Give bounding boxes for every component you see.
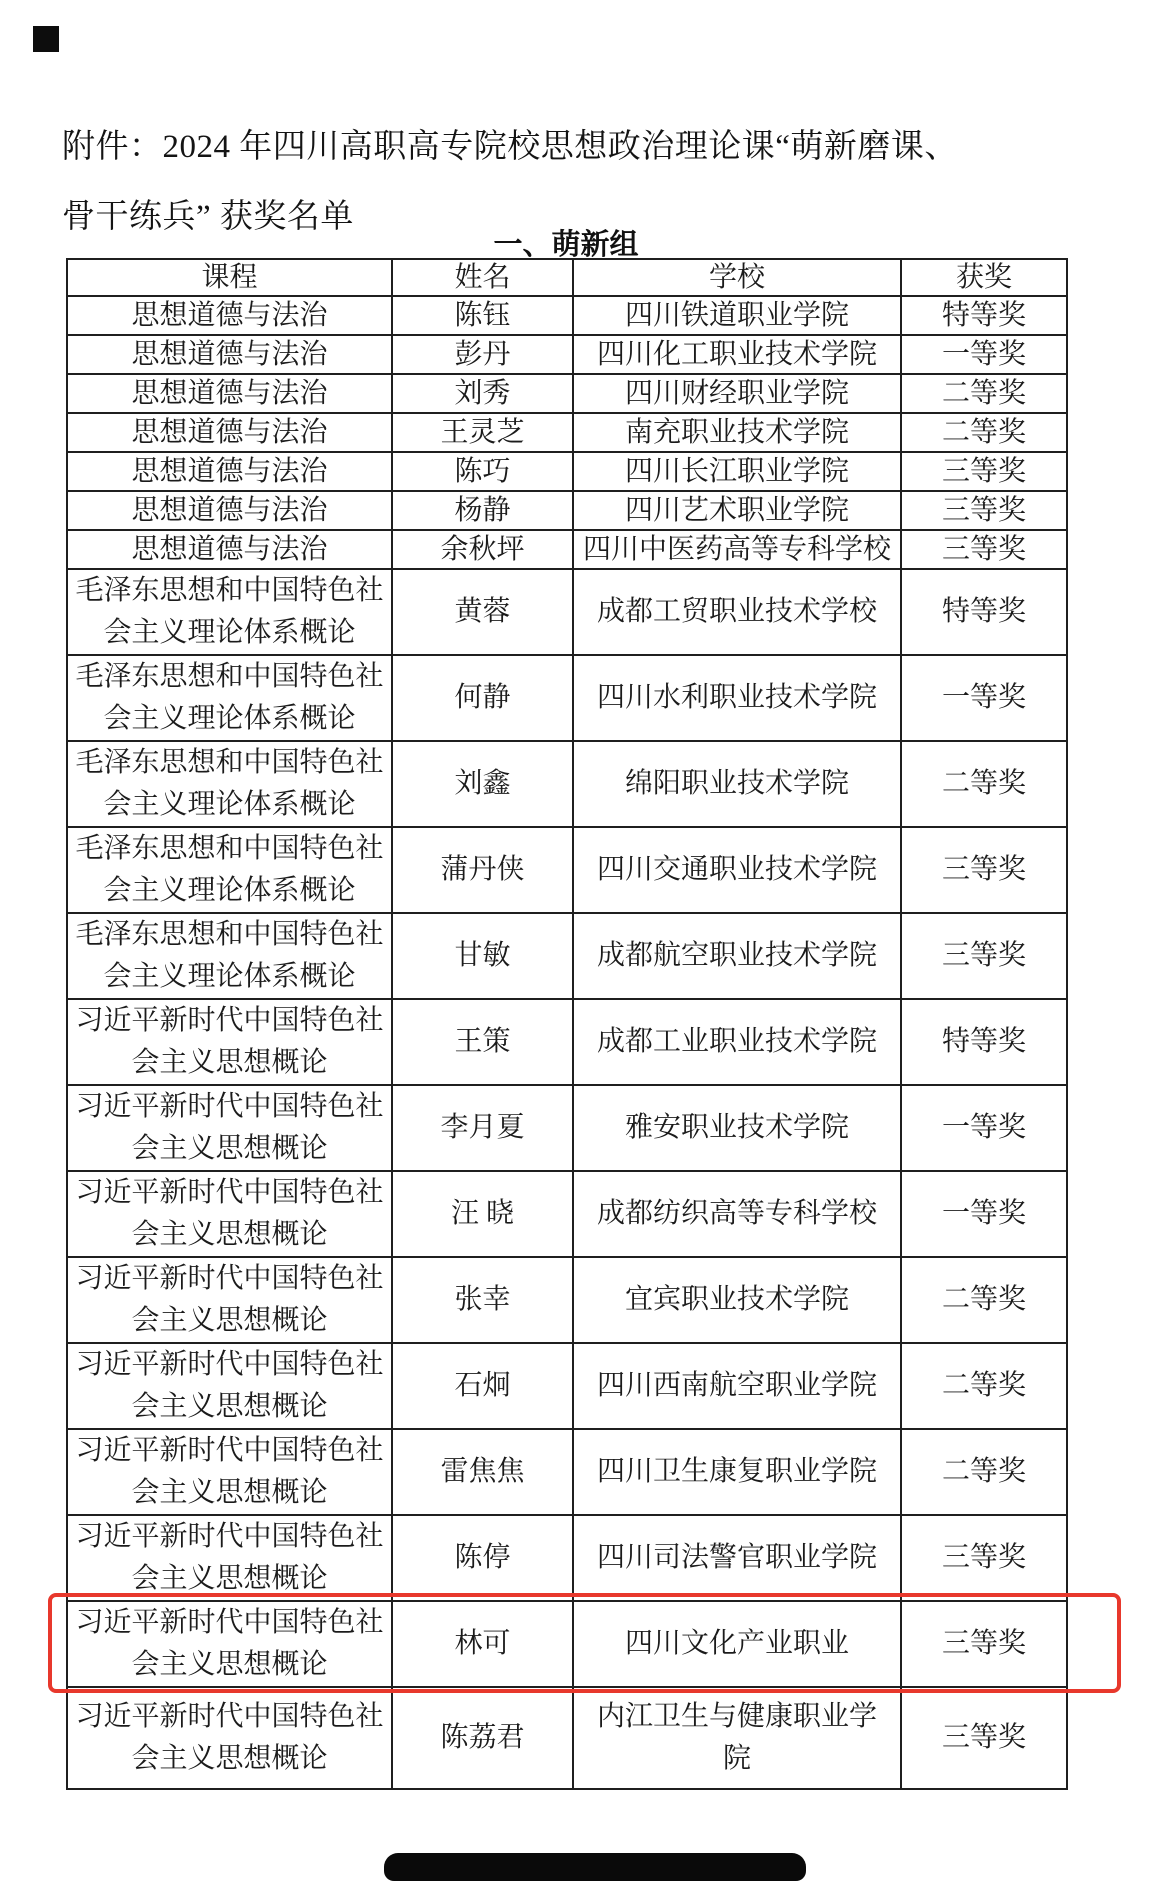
table-row: 思想道德与法治 陈巧 四川长江职业学院 三等奖 [67,452,1067,491]
corner-marker-icon [33,26,59,52]
table-header: 课程 姓名 学校 获奖 [67,259,1067,296]
school-cell: 成都航空职业技术学院 [573,913,901,999]
name-cell: 陈钰 [392,296,573,335]
award-cell: 三等奖 [901,530,1067,569]
course-cell: 习近平新时代中国特色社 会主义思想概论 [67,1429,392,1515]
course-cell: 习近平新时代中国特色社 会主义思想概论 [67,1687,392,1789]
course-cell: 习近平新时代中国特色社 会主义思想概论 [67,1257,392,1343]
table-row: 毛泽东思想和中国特色社 会主义理论体系概论 何静 四川水利职业技术学院 一等奖 [67,655,1067,741]
award-cell: 三等奖 [901,491,1067,530]
award-cell: 特等奖 [901,999,1067,1085]
table-row: 习近平新时代中国特色社 会主义思想概论 汪 晓 成都纺织高等专科学校 一等奖 [67,1171,1067,1257]
course-cell: 思想道德与法治 [67,335,392,374]
school-cell: 成都工业职业技术学院 [573,999,901,1085]
award-cell: 二等奖 [901,741,1067,827]
table-header-row: 课程 姓名 学校 获奖 [67,259,1067,296]
course-cell: 思想道德与法治 [67,296,392,335]
name-cell: 陈巧 [392,452,573,491]
course-cell: 毛泽东思想和中国特色社 会主义理论体系概论 [67,913,392,999]
name-cell: 林可 [392,1601,573,1687]
school-cell: 四川卫生康复职业学院 [573,1429,901,1515]
table-row: 思想道德与法治 彭丹 四川化工职业技术学院 一等奖 [67,335,1067,374]
table-row: 毛泽东思想和中国特色社 会主义理论体系概论 蒲丹侠 四川交通职业技术学院 三等奖 [67,827,1067,913]
table-body: 思想道德与法治 陈钰 四川铁道职业学院 特等奖 思想道德与法治 彭丹 四川化工职… [67,296,1067,1789]
name-cell: 石炯 [392,1343,573,1429]
table-row: 习近平新时代中国特色社 会主义思想概论 林可 四川文化产业职业 三等奖 [67,1601,1067,1687]
table-row: 习近平新时代中国特色社 会主义思想概论 张幸 宜宾职业技术学院 二等奖 [67,1257,1067,1343]
school-cell: 四川交通职业技术学院 [573,827,901,913]
award-cell: 三等奖 [901,1687,1067,1789]
award-cell: 二等奖 [901,413,1067,452]
table-row: 习近平新时代中国特色社 会主义思想概论 王策 成都工业职业技术学院 特等奖 [67,999,1067,1085]
school-cell: 四川西南航空职业学院 [573,1343,901,1429]
award-cell: 三等奖 [901,1515,1067,1601]
name-cell: 甘敏 [392,913,573,999]
school-cell: 四川财经职业学院 [573,374,901,413]
school-cell: 南充职业技术学院 [573,413,901,452]
school-cell: 四川长江职业学院 [573,452,901,491]
course-cell: 思想道德与法治 [67,374,392,413]
name-cell: 王灵芝 [392,413,573,452]
course-cell: 习近平新时代中国特色社 会主义思想概论 [67,999,392,1085]
section-heading: 一、萌新组 [66,222,1066,263]
document-page: 附件：2024 年四川高职高专院校思想政治理论课“萌新磨课、 骨干练兵” 获奖名… [0,0,1170,1881]
course-cell: 思想道德与法治 [67,530,392,569]
name-cell: 杨静 [392,491,573,530]
award-cell: 一等奖 [901,335,1067,374]
home-indicator-bar[interactable] [384,1853,806,1881]
table-row: 思想道德与法治 杨静 四川艺术职业学院 三等奖 [67,491,1067,530]
school-cell: 四川中医药高等专科学校 [573,530,901,569]
award-cell: 一等奖 [901,655,1067,741]
course-cell: 毛泽东思想和中国特色社 会主义理论体系概论 [67,741,392,827]
table-row: 思想道德与法治 王灵芝 南充职业技术学院 二等奖 [67,413,1067,452]
table-row: 习近平新时代中国特色社 会主义思想概论 陈荔君 内江卫生与健康职业学 院 三等奖 [67,1687,1067,1789]
award-cell: 二等奖 [901,1429,1067,1515]
table-row: 毛泽东思想和中国特色社 会主义理论体系概论 刘鑫 绵阳职业技术学院 二等奖 [67,741,1067,827]
name-cell: 刘鑫 [392,741,573,827]
table-row: 思想道德与法治 陈钰 四川铁道职业学院 特等奖 [67,296,1067,335]
school-cell: 绵阳职业技术学院 [573,741,901,827]
table-row: 习近平新时代中国特色社 会主义思想概论 陈停 四川司法警官职业学院 三等奖 [67,1515,1067,1601]
name-cell: 汪 晓 [392,1171,573,1257]
award-cell: 三等奖 [901,452,1067,491]
school-cell: 雅安职业技术学院 [573,1085,901,1171]
name-cell: 余秋坪 [392,530,573,569]
awards-table-container: 课程 姓名 学校 获奖 思想道德与法治 陈钰 四川铁道职业学院 特等奖 思想道德… [66,258,1066,1790]
school-cell: 四川铁道职业学院 [573,296,901,335]
name-cell: 何静 [392,655,573,741]
school-cell: 四川司法警官职业学院 [573,1515,901,1601]
name-cell: 刘秀 [392,374,573,413]
school-cell: 四川化工职业技术学院 [573,335,901,374]
name-cell: 陈停 [392,1515,573,1601]
course-cell: 习近平新时代中国特色社 会主义思想概论 [67,1515,392,1601]
title-line-1: 附件：2024 年四川高职高专院校思想政治理论课“萌新磨课、 [62,112,1132,182]
school-cell: 成都纺织高等专科学校 [573,1171,901,1257]
award-cell: 一等奖 [901,1085,1067,1171]
course-cell: 习近平新时代中国特色社 会主义思想概论 [67,1085,392,1171]
header-award: 获奖 [901,259,1067,296]
award-cell: 特等奖 [901,296,1067,335]
table-row: 习近平新时代中国特色社 会主义思想概论 李月夏 雅安职业技术学院 一等奖 [67,1085,1067,1171]
course-cell: 习近平新时代中国特色社 会主义思想概论 [67,1601,392,1687]
name-cell: 彭丹 [392,335,573,374]
award-cell: 二等奖 [901,374,1067,413]
school-cell: 成都工贸职业技术学校 [573,569,901,655]
award-cell: 一等奖 [901,1171,1067,1257]
course-cell: 习近平新时代中国特色社 会主义思想概论 [67,1343,392,1429]
table-row: 思想道德与法治 余秋坪 四川中医药高等专科学校 三等奖 [67,530,1067,569]
name-cell: 李月夏 [392,1085,573,1171]
award-cell: 三等奖 [901,1601,1067,1687]
name-cell: 雷焦焦 [392,1429,573,1515]
awards-table: 课程 姓名 学校 获奖 思想道德与法治 陈钰 四川铁道职业学院 特等奖 思想道德… [66,258,1068,1790]
name-cell: 张幸 [392,1257,573,1343]
award-cell: 特等奖 [901,569,1067,655]
school-cell: 四川文化产业职业 [573,1601,901,1687]
table-row: 习近平新时代中国特色社 会主义思想概论 石炯 四川西南航空职业学院 二等奖 [67,1343,1067,1429]
award-cell: 二等奖 [901,1343,1067,1429]
name-cell: 王策 [392,999,573,1085]
course-cell: 习近平新时代中国特色社 会主义思想概论 [67,1171,392,1257]
name-cell: 蒲丹侠 [392,827,573,913]
name-cell: 黄蓉 [392,569,573,655]
course-cell: 思想道德与法治 [67,413,392,452]
name-cell: 陈荔君 [392,1687,573,1789]
school-cell: 四川艺术职业学院 [573,491,901,530]
course-cell: 毛泽东思想和中国特色社 会主义理论体系概论 [67,569,392,655]
award-cell: 三等奖 [901,913,1067,999]
header-school: 学校 [573,259,901,296]
award-cell: 二等奖 [901,1257,1067,1343]
table-row: 习近平新时代中国特色社 会主义思想概论 雷焦焦 四川卫生康复职业学院 二等奖 [67,1429,1067,1515]
school-cell: 宜宾职业技术学院 [573,1257,901,1343]
header-name: 姓名 [392,259,573,296]
school-cell: 四川水利职业技术学院 [573,655,901,741]
course-cell: 毛泽东思想和中国特色社 会主义理论体系概论 [67,827,392,913]
header-course: 课程 [67,259,392,296]
table-row: 毛泽东思想和中国特色社 会主义理论体系概论 黄蓉 成都工贸职业技术学校 特等奖 [67,569,1067,655]
course-cell: 思想道德与法治 [67,491,392,530]
table-row: 毛泽东思想和中国特色社 会主义理论体系概论 甘敏 成都航空职业技术学院 三等奖 [67,913,1067,999]
course-cell: 思想道德与法治 [67,452,392,491]
school-cell: 内江卫生与健康职业学 院 [573,1687,901,1789]
award-cell: 三等奖 [901,827,1067,913]
table-row: 思想道德与法治 刘秀 四川财经职业学院 二等奖 [67,374,1067,413]
course-cell: 毛泽东思想和中国特色社 会主义理论体系概论 [67,655,392,741]
